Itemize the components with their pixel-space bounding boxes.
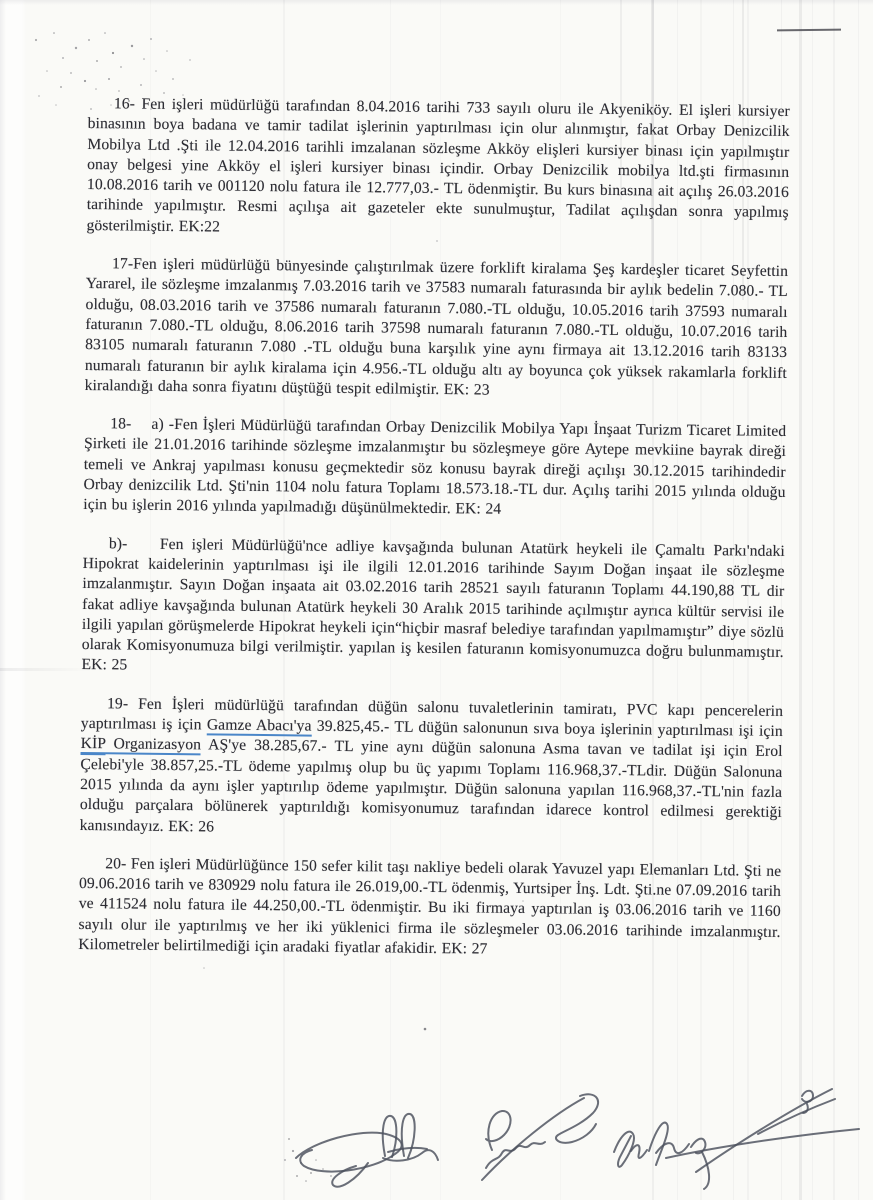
scan-streak xyxy=(833,0,835,1200)
signature-3 xyxy=(608,1072,870,1194)
paragraph-19: 19- Fen İşleri müdürlüğü tarafından düğü… xyxy=(80,694,784,844)
scan-streak xyxy=(799,0,802,1200)
signature-1 xyxy=(288,1100,448,1195)
paragraph-18b: b)- Fen işleri Müdürlüğü'nce adliye kavş… xyxy=(81,534,785,684)
paragraph-16: 16- Fen işleri müdürlüğü tarafından 8.04… xyxy=(86,94,790,244)
scan-streak xyxy=(858,0,859,1200)
signature-2 xyxy=(462,1086,612,1190)
scan-streak xyxy=(812,0,813,1200)
scan-line-artifact xyxy=(777,29,841,32)
pen-underlined-text: Organizasyon xyxy=(105,736,201,756)
document-body: 16- Fen işleri müdürlüğü tarafından 8.04… xyxy=(78,94,790,981)
paper-crease xyxy=(0,668,92,671)
pen-underlined-text: Gamze Abacı'ya xyxy=(207,716,312,736)
paragraph-20: 20- Fen işleri Müdürlüğünce 150 sefer ki… xyxy=(78,854,781,963)
pen-underlined-text: KİP xyxy=(80,735,105,755)
scanned-page: 16- Fen işleri müdürlüğü tarafından 8.04… xyxy=(0,0,873,1200)
paragraph-18a: 18- a) -Fen İşleri Müdürlüğü tarafından … xyxy=(83,414,786,523)
paragraph-17: 17-Fen işleri müdürlüğü bünyesinde çalış… xyxy=(85,254,789,404)
